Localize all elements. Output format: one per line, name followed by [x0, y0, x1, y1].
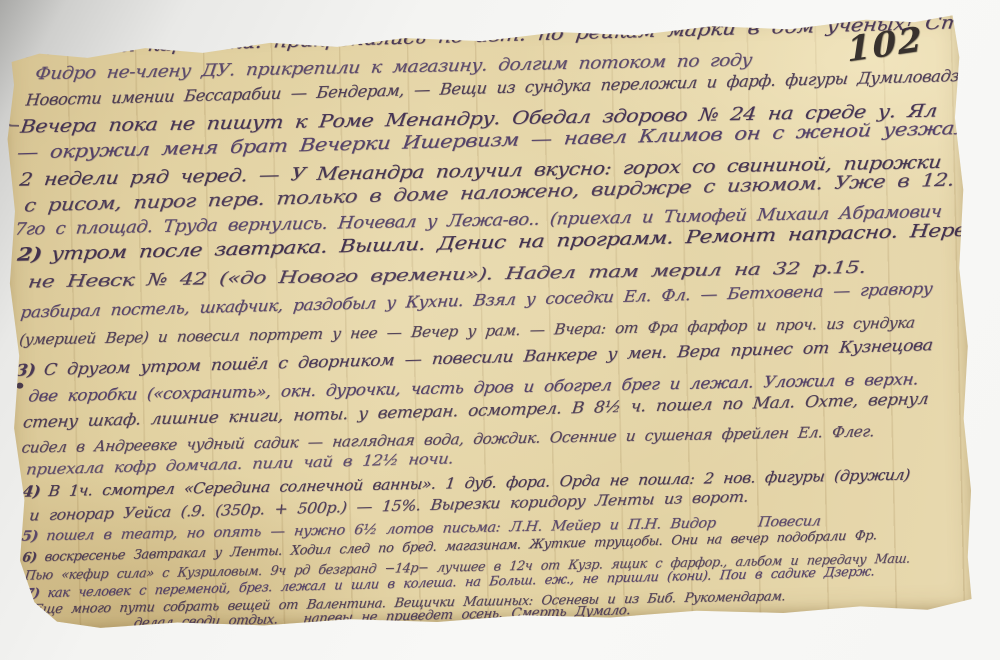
margin-bracket-mark: [4, 47, 20, 127]
photo-background: 102 1)получил карточки. прикрепились по …: [0, 0, 1000, 660]
entry-number: 3): [15, 360, 36, 380]
entry-number: 4): [22, 482, 42, 500]
manuscript-lines: 1)получил карточки. прикрепились по авт.…: [0, 9, 962, 31]
entry-number: 7): [24, 586, 40, 601]
ink-blot: [17, 587, 28, 597]
line-text: получил карточки. прикрепились по авт. п…: [45, 9, 976, 58]
entry-number: 6): [21, 550, 37, 565]
handwritten-line: 1)получил карточки. прикрепились по авт.…: [12, 9, 976, 59]
entry-number: 5): [21, 528, 39, 544]
entry-number: 1): [12, 38, 38, 60]
ink-blot: [16, 383, 23, 389]
entry-number: 2): [16, 244, 43, 266]
manuscript-paper: 102 1)получил карточки. прикрепились по …: [0, 9, 975, 633]
ink-blot: [7, 331, 12, 336]
